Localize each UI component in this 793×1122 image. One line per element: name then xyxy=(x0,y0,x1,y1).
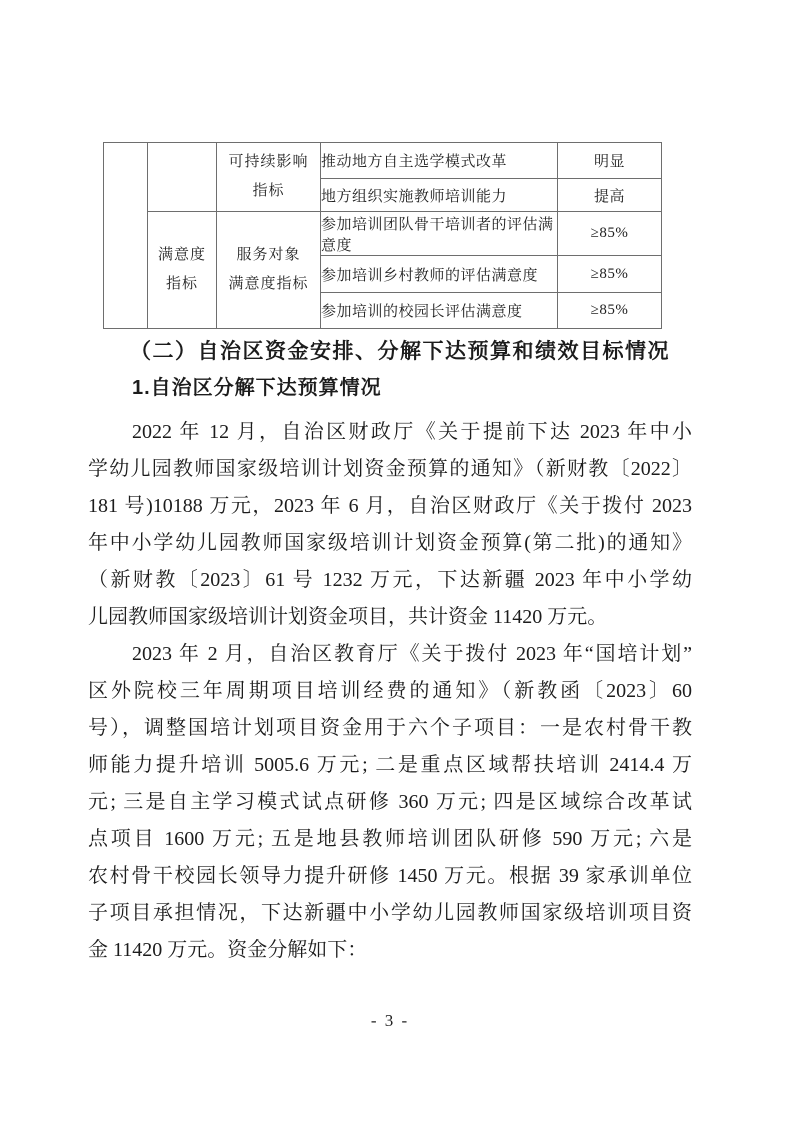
table-cell-indicator: 地方组织实施教师培训能力 xyxy=(321,179,558,212)
document-page: 可持续影响 指标 推动地方自主选学模式改革 明显 地方组织实施教师培训能力 提高… xyxy=(0,0,793,1122)
category-label-line: 指标 xyxy=(148,270,216,299)
section-heading: （二）自治区资金安排、分解下达预算和绩效目标情况 xyxy=(88,333,670,370)
table-row: 可持续影响 指标 推动地方自主选学模式改革 明显 xyxy=(104,143,662,179)
table-cell-value: 明显 xyxy=(558,143,662,179)
table-cell-empty-spanner xyxy=(104,143,148,329)
paragraph1-line: 181 号)10188 万元，2023 年 6 月，自治区财政厅《关于拨付 20… xyxy=(88,488,692,525)
paragraph2-line: 师能力提升培训 5005.6 万元; 二是重点区域帮扶培训 2414.4 万 xyxy=(88,747,692,784)
paragraph2-line: 农村骨干校园长领导力提升研修 1450 万元。根据 39 家承训单位 xyxy=(88,858,692,895)
page-number: - 3 - xyxy=(88,1006,692,1036)
table-cell-indicator: 参加培训团队骨干培训者的评估满意度 xyxy=(321,212,558,256)
paragraph2-line: 点项目 1600 万元; 五是地县教师培训团队研修 590 万元; 六是 xyxy=(88,821,692,858)
subsection-heading: 1.自治区分解下达预算情况 xyxy=(88,370,382,407)
table-cell-indicator: 推动地方自主选学模式改革 xyxy=(321,143,558,179)
body-text: 2022 年 12 月，自治区财政厅《关于提前下达 2023 年中小 学幼儿园教… xyxy=(88,414,692,969)
subcategory-label-line: 服务对象 xyxy=(217,241,320,270)
paragraph2-line: 号），调整国培计划项目资金用于六个子项目：一是农村骨干教 xyxy=(88,710,692,747)
table-cell-subcategory-sustainable-impact: 可持续影响 指标 xyxy=(217,143,321,212)
paragraph1-line: （新财教〔2023〕61 号 1232 万元，下达新疆 2023 年中小学幼 xyxy=(88,562,692,599)
table-cell-value: 提高 xyxy=(558,179,662,212)
paragraph2-line: 金 11420 万元。资金分解如下： xyxy=(88,932,692,969)
subcategory-label-line: 满意度指标 xyxy=(217,270,320,299)
category-label-line: 满意度 xyxy=(148,241,216,270)
table-cell-subcategory-service-satisfaction: 服务对象 满意度指标 xyxy=(217,212,321,329)
paragraph2-line: 区外院校三年周期项目培训经费的通知》（新教函〔2023〕60 xyxy=(88,673,692,710)
paragraph2-line: 子项目承担情况，下达新疆中小学幼儿园教师国家级培训项目资 xyxy=(88,895,692,932)
subcategory-label-line: 指标 xyxy=(217,177,320,206)
paragraph1-line: 学幼儿园教师国家级培训计划资金预算的通知》（新财教〔2022〕 xyxy=(88,451,692,488)
paragraph2-line: 元; 三是自主学习模式试点研修 360 万元; 四是区域综合改革试 xyxy=(88,784,692,821)
table-cell-value: ≥85% xyxy=(558,212,662,256)
performance-indicator-table: 可持续影响 指标 推动地方自主选学模式改革 明显 地方组织实施教师培训能力 提高… xyxy=(103,142,662,329)
table-cell-value: ≥85% xyxy=(558,293,662,329)
table-cell-indicator: 参加培训的校园长评估满意度 xyxy=(321,293,558,329)
paragraph1-line: 儿园教师国家级培训计划资金项目，共计资金 11420 万元。 xyxy=(88,599,692,636)
paragraph1-line: 2022 年 12 月，自治区财政厅《关于提前下达 2023 年中小 xyxy=(88,414,692,451)
table-row: 满意度 指标 服务对象 满意度指标 参加培训团队骨干培训者的评估满意度 ≥85% xyxy=(104,212,662,256)
table-cell-category-empty xyxy=(148,143,217,212)
table-cell-indicator: 参加培训乡村教师的评估满意度 xyxy=(321,256,558,293)
subcategory-label-line: 可持续影响 xyxy=(217,148,320,177)
table-cell-category-satisfaction: 满意度 指标 xyxy=(148,212,217,329)
paragraph2-line: 2023 年 2 月，自治区教育厅《关于拨付 2023 年“国培计划” xyxy=(88,636,692,673)
paragraph1-line: 年中小学幼儿园教师国家级培训计划资金预算(第二批)的通知》 xyxy=(88,525,692,562)
table-cell-value: ≥85% xyxy=(558,256,662,293)
